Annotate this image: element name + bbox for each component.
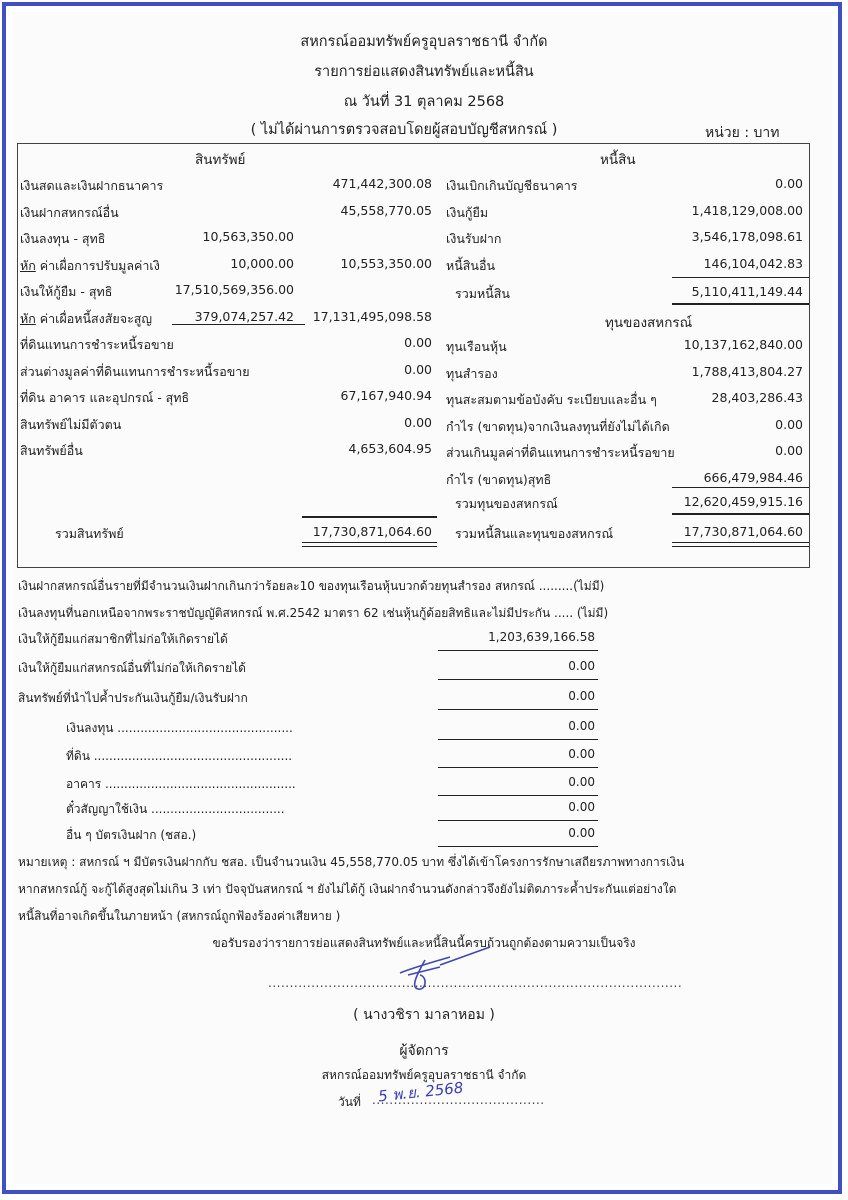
disclosure-item-amount: 0.00 bbox=[440, 775, 595, 789]
equity-row-label: ทุนสะสมตามข้อบังคับ ระเบียบและอื่น ๆ bbox=[446, 390, 674, 410]
asset-label-text: ที่ดินแทนการชำระหนี้รอขาย bbox=[20, 337, 174, 352]
asset-label-text: สินทรัพย์อื่น bbox=[20, 443, 83, 458]
signer-name: ( นางวชิรา มาลาหอม ) bbox=[0, 1004, 848, 1026]
asset-row-label: เงินลงทุน - สุทธิ bbox=[20, 229, 105, 249]
disclosure-item-label: เงินให้กู้ยืมแก่สหกรณ์อื่นที่ไม่ก่อให้เก… bbox=[18, 659, 246, 678]
asset-label-text: ส่วนต่างมูลค่าที่ดินแทนการชำระหนี้รอขาย bbox=[20, 364, 250, 379]
disclosure-item-amount: 1,203,639,166.58 bbox=[440, 630, 595, 644]
liabilities-heading: หนี้สิน bbox=[600, 148, 636, 170]
asset-row-label: ส่วนต่างมูลค่าที่ดินแทนการชำระหนี้รอขาย bbox=[20, 362, 250, 382]
report-title: รายการย่อแสดงสินทรัพย์และหนี้สิน bbox=[0, 60, 848, 83]
asset-amount: 471,442,300.08 bbox=[300, 176, 432, 191]
asset-amount: 0.00 bbox=[300, 335, 432, 350]
asset-label-text: ค่าเผื่อการปรับมูลค่าเงิ bbox=[36, 258, 160, 273]
liabilities-total-line bbox=[672, 303, 809, 305]
disclosure-item-label: อาคาร ..................................… bbox=[66, 775, 296, 794]
assets-total-topline bbox=[302, 516, 437, 518]
equity-row-label: ทุนสำรอง bbox=[446, 364, 674, 384]
disclosure-item-amount: 0.00 bbox=[440, 659, 595, 673]
disclosure-item-label: ตั๋วสัญญาใช้เงิน .......................… bbox=[66, 800, 285, 819]
liability-amount: 0.00 bbox=[660, 176, 803, 191]
asset-label-text: ค่าเผื่อหนี้สงสัยจะสูญ bbox=[36, 311, 152, 326]
assets-heading: สินทรัพย์ bbox=[195, 148, 245, 170]
asset-row-label: หัก ค่าเผื่อหนี้สงสัยจะสูญ bbox=[20, 309, 152, 329]
liability-row-label: หนี้สินอื่น bbox=[446, 256, 495, 276]
asset-amount: 17,131,495,098.58 bbox=[300, 309, 432, 324]
asset-label-text: เงินสดและเงินฝากธนาคาร bbox=[20, 178, 163, 193]
disclosure-underline bbox=[438, 820, 598, 821]
disclosure-item-amount: 0.00 bbox=[440, 719, 595, 733]
liability-amount: 3,546,178,098.61 bbox=[660, 229, 803, 244]
asset-amount: 67,167,940.94 bbox=[300, 388, 432, 403]
asset-row-label: หัก ค่าเผื่อการปรับมูลค่าเงิ bbox=[20, 256, 160, 276]
disclosure-underline bbox=[438, 650, 598, 651]
asset-row-label: เงินฝากสหกรณ์อื่น bbox=[20, 203, 119, 223]
assets-total-amount: 17,730,871,064.60 bbox=[300, 524, 432, 539]
disclosure-item-label: เงินให้กู้ยืมแก่สมาชิกที่ไม่ก่อให้เกิดรา… bbox=[18, 630, 228, 649]
asset-amount: 10,553,350.00 bbox=[300, 256, 432, 271]
date-label: วันที่ bbox=[338, 1093, 361, 1112]
disclosure-item-amount: 0.00 bbox=[440, 800, 595, 814]
liability-amount: 1,418,129,008.00 bbox=[660, 203, 803, 218]
asset-label-text: สินทรัพย์ไม่มีตัวตน bbox=[20, 417, 121, 432]
assets-total-doubleline bbox=[302, 542, 437, 547]
asset-row-label: สินทรัพย์ไม่มีตัวตน bbox=[20, 415, 121, 435]
asset-label-text: เงินให้กู้ยืม - สุทธิ bbox=[20, 284, 112, 299]
disclosure-item-label: เงินลงทุน ..............................… bbox=[66, 719, 293, 738]
assets-total-label: รวมสินทรัพย์ bbox=[55, 524, 124, 544]
liabilities-subtotal-line bbox=[672, 277, 809, 278]
asset-amount: 0.00 bbox=[300, 362, 432, 377]
disclosure-underline bbox=[438, 767, 598, 768]
asset-sub-amount: 379,074,257.42 bbox=[160, 309, 294, 324]
deduct-prefix: หัก bbox=[20, 311, 36, 326]
remark-line-1: หมายเหตุ : สหกรณ์ ฯ มีบัตรเงินฝากกับ ชสอ… bbox=[18, 853, 684, 872]
equity-amount: 0.00 bbox=[660, 417, 803, 432]
disclosure-underline bbox=[438, 709, 598, 710]
disclosure-underline bbox=[438, 795, 598, 796]
grand-total-label: รวมหนี้สินและทุนของสหกรณ์ bbox=[455, 524, 613, 544]
equity-heading: ทุนของสหกรณ์ bbox=[605, 311, 692, 333]
equity-row-label: กำไร (ขาดทุน)จากเงินลงทุนที่ยังไม่ได้เกิ… bbox=[446, 417, 674, 437]
unit-label: หน่วย : บาท bbox=[705, 122, 779, 144]
as-of-date: ณ วันที่ 31 ตุลาคม 2568 bbox=[0, 90, 848, 113]
remark-line-3: หนี้สินที่อาจเกิดขึ้นในภายหน้า (สหกรณ์ถู… bbox=[18, 907, 340, 926]
disclosure-underline bbox=[438, 739, 598, 740]
disclosure-item-label: ที่ดิน .................................… bbox=[66, 747, 292, 766]
equity-total-line bbox=[672, 513, 809, 515]
grand-total-doubleline bbox=[672, 542, 809, 547]
equity-amount: 1,788,413,804.27 bbox=[660, 364, 803, 379]
equity-amount: 0.00 bbox=[660, 443, 803, 458]
audit-note: ( ไม่ได้ผ่านการตรวจสอบโดยผู้สอบบัญชีสหกร… bbox=[0, 118, 808, 141]
disclosure-underline bbox=[438, 679, 598, 680]
asset-row-label: ที่ดินแทนการชำระหนี้รอขาย bbox=[20, 335, 174, 355]
signer-position: ผู้จัดการ bbox=[0, 1040, 848, 1062]
equity-row-label: ทุนเรือนหุ้น bbox=[446, 337, 674, 357]
disclosure-item-label: อื่น ๆ บัตรเงินฝาก (ชสอ.) bbox=[66, 826, 196, 845]
asset-amount: 0.00 bbox=[300, 415, 432, 430]
equity-row-label: ส่วนเกินมูลค่าที่ดินแทนการชำระหนี้รอขาย bbox=[446, 443, 674, 463]
asset-amount: 4,653,604.95 bbox=[300, 441, 432, 456]
asset-label-text: เงินลงทุน - สุทธิ bbox=[20, 231, 105, 246]
equity-amount: 28,403,286.43 bbox=[660, 390, 803, 405]
asset-label-text: เงินฝากสหกรณ์อื่น bbox=[20, 205, 119, 220]
disclosure-underline bbox=[438, 846, 598, 847]
disclosure-item-amount: 0.00 bbox=[440, 689, 595, 703]
equity-amount: 10,137,162,840.00 bbox=[660, 337, 803, 352]
liability-row-label: เงินกู้ยืม bbox=[446, 203, 488, 223]
asset-sub-amount: 10,000.00 bbox=[160, 256, 294, 271]
asset-row-label: เงินสดและเงินฝากธนาคาร bbox=[20, 176, 163, 196]
deduct-prefix: หัก bbox=[20, 258, 36, 273]
asset-row-label: เงินให้กู้ยืม - สุทธิ bbox=[20, 282, 112, 302]
liability-row-label: เงินรับฝาก bbox=[446, 229, 501, 249]
underline-allowance bbox=[172, 324, 305, 325]
equity-amount: 666,479,984.46 bbox=[660, 470, 803, 485]
asset-row-label: ที่ดิน อาคาร และอุปกรณ์ - สุทธิ bbox=[20, 388, 189, 408]
grand-total-amount: 17,730,871,064.60 bbox=[660, 524, 803, 539]
signature-line: ........................................… bbox=[268, 976, 682, 990]
remark-line-2: หากสหกรณ์กู้ จะกู้ได้สูงสุดไม่เกิน 3 เท่… bbox=[18, 880, 676, 899]
disclosure-line-2: เงินลงทุนที่นอกเหนือจากพระราชบัญญัติสหกร… bbox=[18, 604, 608, 623]
liabilities-total-amount: 5,110,411,149.44 bbox=[660, 284, 803, 299]
disclosure-line-1: เงินฝากสหกรณ์อื่นรายที่มีจำนวนเงินฝากเกิ… bbox=[18, 577, 604, 596]
equity-total-amount: 12,620,459,915.16 bbox=[660, 494, 803, 509]
asset-sub-amount: 10,563,350.00 bbox=[160, 229, 294, 244]
liabilities-total-label: รวมหนี้สิน bbox=[455, 284, 510, 304]
asset-amount: 45,558,770.05 bbox=[300, 203, 432, 218]
org-name: สหกรณ์ออมทรัพย์ครูอุบลราชธานี จำกัด bbox=[0, 30, 848, 53]
liability-row-label: เงินเบิกเกินบัญชีธนาคาร bbox=[446, 176, 577, 196]
asset-row-label: สินทรัพย์อื่น bbox=[20, 441, 83, 461]
asset-sub-amount: 17,510,569,356.00 bbox=[160, 282, 294, 297]
liability-amount: 146,104,042.83 bbox=[660, 256, 803, 271]
disclosure-item-amount: 0.00 bbox=[440, 826, 595, 840]
equity-row-label: กำไร (ขาดทุน)สุทธิ bbox=[446, 470, 674, 490]
disclosure-item-amount: 0.00 bbox=[440, 747, 595, 761]
equity-total-label: รวมทุนของสหกรณ์ bbox=[455, 494, 558, 514]
equity-subtotal-line bbox=[672, 487, 809, 488]
disclosure-item-label: สินทรัพย์ที่นำไปค้ำประกันเงินกู้ยืม/เงิน… bbox=[18, 689, 248, 708]
asset-label-text: ที่ดิน อาคาร และอุปกรณ์ - สุทธิ bbox=[20, 390, 189, 405]
